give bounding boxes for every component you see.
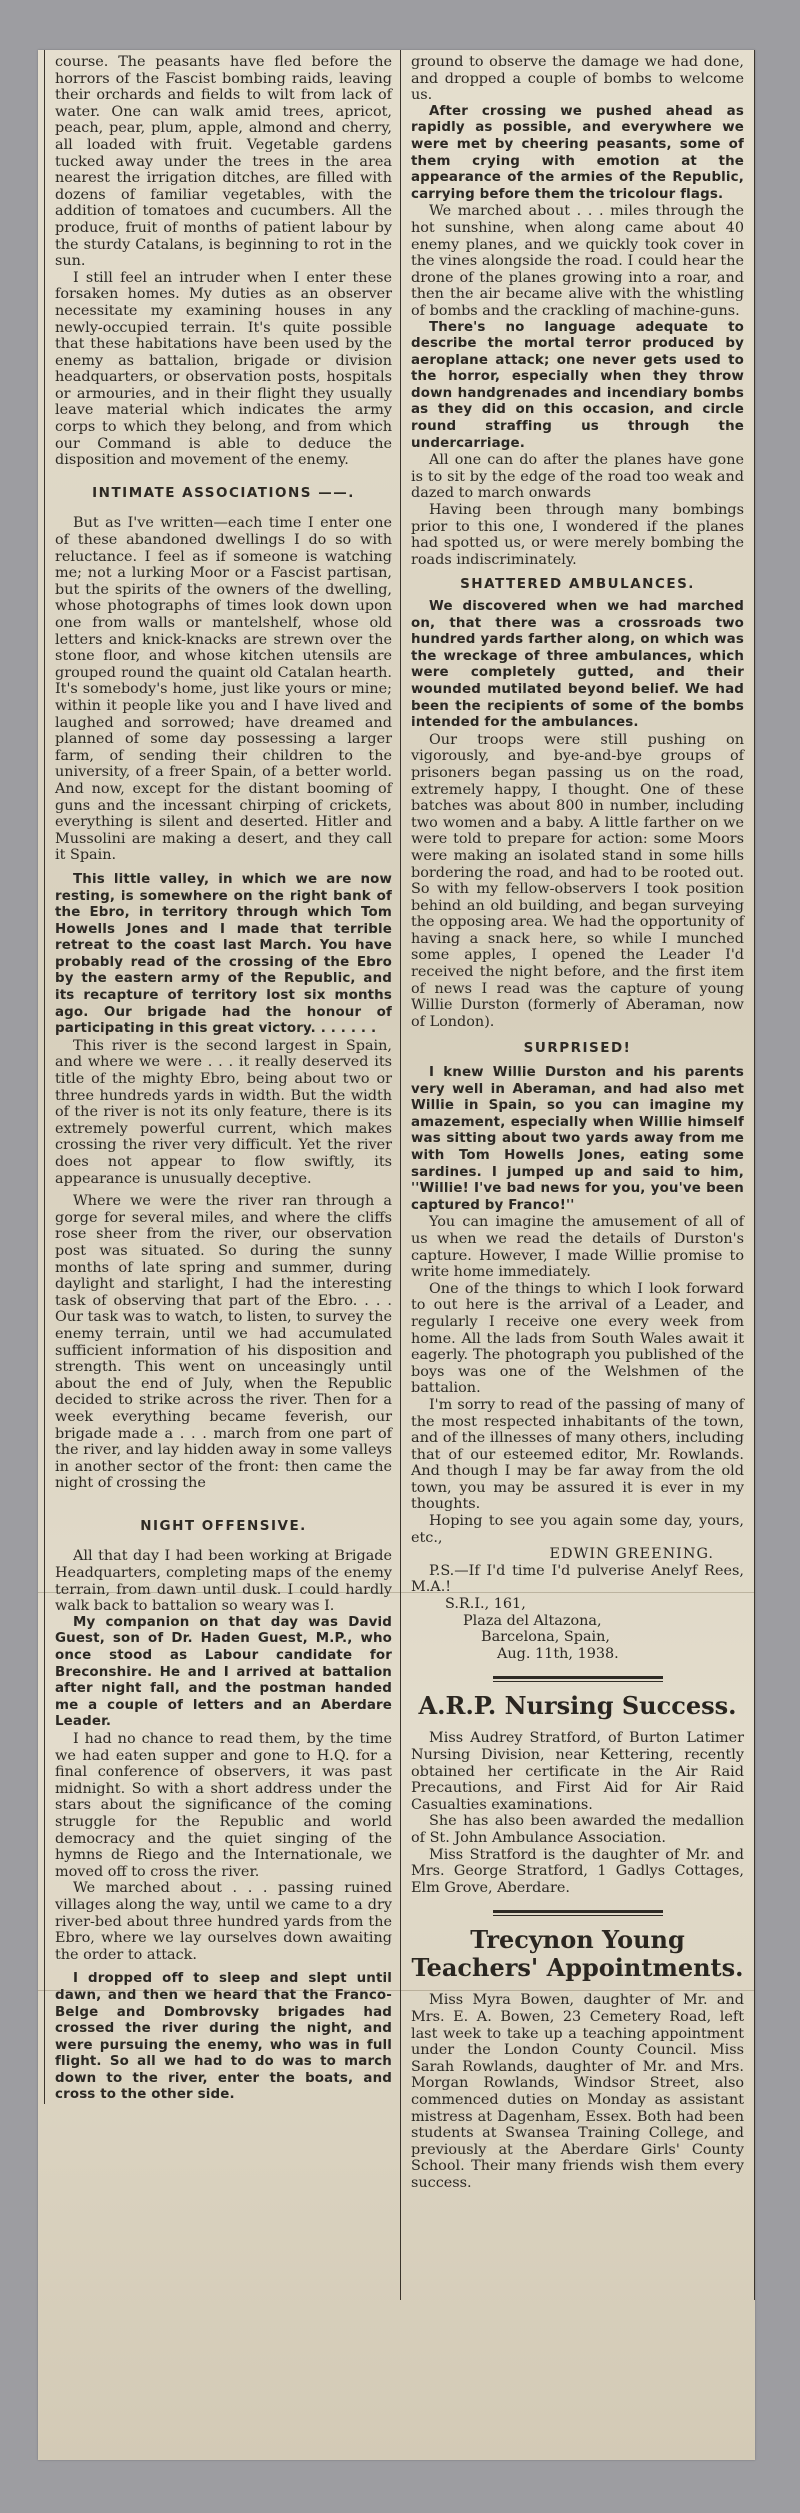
- signature: EDWIN GREENING.: [411, 1546, 744, 1563]
- paragraph: You can imagine the amusement of all of …: [411, 1214, 744, 1280]
- section-divider: [493, 1910, 663, 1916]
- paragraph: All that day I had been working at Briga…: [55, 1548, 392, 1614]
- paragraph: All one can do after the planes have gon…: [411, 452, 744, 502]
- postscript: P.S.—If I'd time I'd pulverise Anelyf Re…: [411, 1563, 744, 1596]
- bold-paragraph: My companion on that day was David Guest…: [55, 1615, 392, 1731]
- address-line: S.R.I., 161,: [411, 1596, 744, 1613]
- paragraph: Where we were the river ran through a go…: [55, 1193, 392, 1492]
- bold-paragraph: After crossing we pushed ahead as rapidl…: [411, 104, 744, 204]
- paragraph: I had no chance to read them, by the tim…: [55, 1731, 392, 1880]
- bold-paragraph: I knew Willie Durston and his parents ve…: [411, 1065, 744, 1214]
- paragraph: Having been through many bombings prior …: [411, 502, 744, 568]
- paragraph: course. The peasants have fled before th…: [55, 54, 392, 270]
- paragraph: Our troops were still pushing on vigorou…: [411, 732, 744, 1031]
- paragraph: Miss Audrey Stratford, of Burton Latimer…: [411, 1730, 744, 1813]
- bold-paragraph: I dropped off to sleep and slept until d…: [55, 1971, 392, 2104]
- headline-trecynon-teachers: Trecynon Young Teachers' Appointments.: [411, 1926, 744, 1982]
- subheading-night-offensive: NIGHT OFFENSIVE.: [55, 1518, 392, 1535]
- subheading-intimate-associations: INTIMATE ASSOCIATIONS ——.: [55, 485, 392, 502]
- bold-paragraph: There's no language adequate to describe…: [411, 320, 744, 453]
- subheading-surprised: SURPRISED!: [411, 1040, 744, 1057]
- paragraph: Miss Myra Bowen, daughter of Mr. and Mrs…: [411, 1992, 744, 2191]
- paragraph: I still feel an intruder when I enter th…: [55, 270, 392, 469]
- newspaper-clipping: course. The peasants have fled before th…: [38, 50, 755, 2460]
- address-line: Barcelona, Spain,: [411, 1629, 744, 1646]
- paragraph: She has also been awarded the medallion …: [411, 1813, 744, 1846]
- paragraph: One of the things to which I look forwar…: [411, 1281, 744, 1397]
- right-column: ground to observe the damage we had done…: [400, 50, 755, 2300]
- paragraph: We marched about . . . passing ruined vi…: [55, 1880, 392, 1963]
- bold-paragraph: We discovered when we had marched on, th…: [411, 599, 744, 732]
- paragraph: ground to observe the damage we had done…: [411, 54, 744, 104]
- left-column: course. The peasants have fled before th…: [44, 50, 402, 2104]
- paragraph: I'm sorry to read of the passing of many…: [411, 1397, 744, 1513]
- headline-arp-nursing: A.R.P. Nursing Success.: [411, 1692, 744, 1720]
- address-line: Plaza del Altazona,: [411, 1613, 744, 1630]
- subheading-shattered-ambulances: SHATTERED AMBULANCES.: [411, 576, 744, 593]
- paragraph: Miss Stratford is the daughter of Mr. an…: [411, 1847, 744, 1897]
- paragraph: But as I've written—each time I enter on…: [55, 515, 392, 863]
- paragraph: This river is the second largest in Spai…: [55, 1038, 392, 1187]
- paragraph: Hoping to see you again some day, yours,…: [411, 1513, 744, 1546]
- section-divider: [493, 1676, 663, 1682]
- bold-paragraph: This little valley, in which we are now …: [55, 872, 392, 1038]
- paragraph: We marched about . . . miles through the…: [411, 203, 744, 319]
- address-line: Aug. 11th, 1938.: [411, 1646, 744, 1663]
